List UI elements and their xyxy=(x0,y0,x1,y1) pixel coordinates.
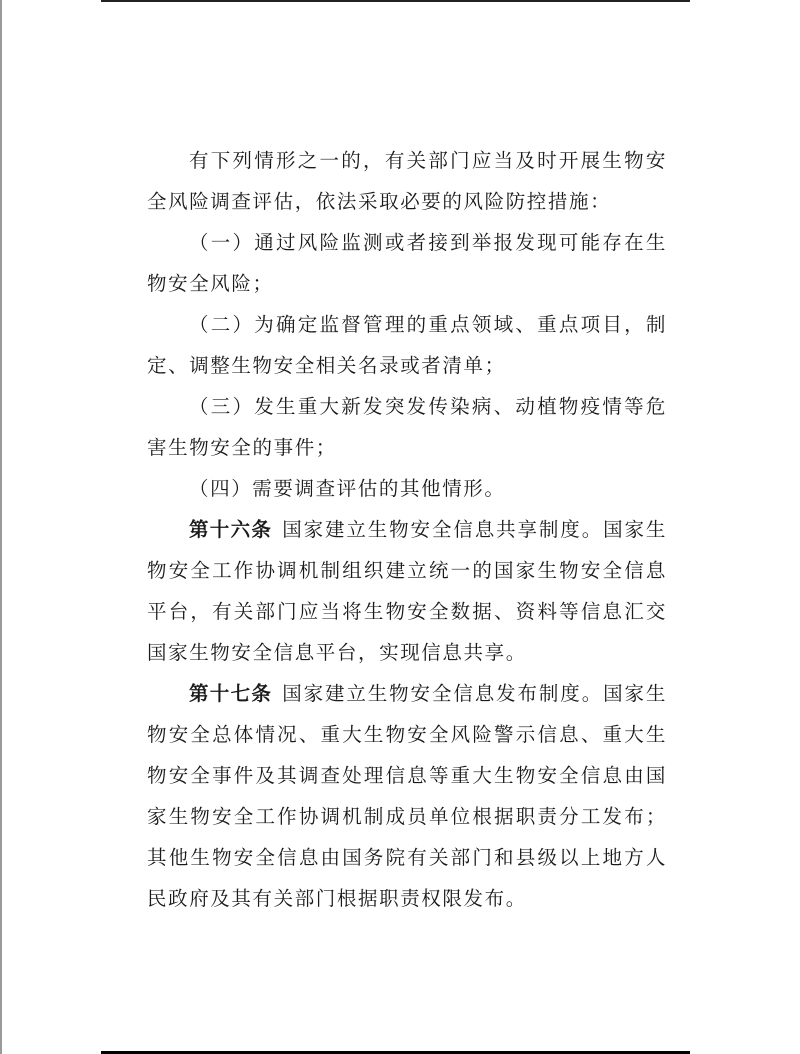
article-17: 第十七条国家建立生物安全信息发布制度。国家生物安全总体情况、重大生物安全风险警示… xyxy=(147,673,667,919)
article-17-number: 第十七条 xyxy=(189,682,272,705)
paragraph-item-4: （四）需要调查评估的其他情形。 xyxy=(147,468,667,509)
paragraph-item-1: （一）通过风险监测或者接到举报发现可能存在生物安全风险； xyxy=(147,222,667,304)
article-17-text: 国家建立生物安全信息发布制度。国家生物安全总体情况、重大生物安全风险警示信息、重… xyxy=(147,682,667,910)
page-left-edge xyxy=(0,0,2,1054)
top-rule xyxy=(101,0,690,2)
paragraph-item-3: （三）发生重大新发突发传染病、动植物疫情等危害生物安全的事件； xyxy=(147,386,667,468)
document-body: 有下列情形之一的，有关部门应当及时开展生物安全风险调查评估，依法采取必要的风险防… xyxy=(147,140,667,919)
article-16-number: 第十六条 xyxy=(189,518,272,541)
paragraph-intro: 有下列情形之一的，有关部门应当及时开展生物安全风险调查评估，依法采取必要的风险防… xyxy=(147,140,667,222)
article-16: 第十六条国家建立生物安全信息共享制度。国家生物安全工作协调机制组织建立统一的国家… xyxy=(147,509,667,673)
paragraph-item-2: （二）为确定监督管理的重点领域、重点项目，制定、调整生物安全相关名录或者清单； xyxy=(147,304,667,386)
